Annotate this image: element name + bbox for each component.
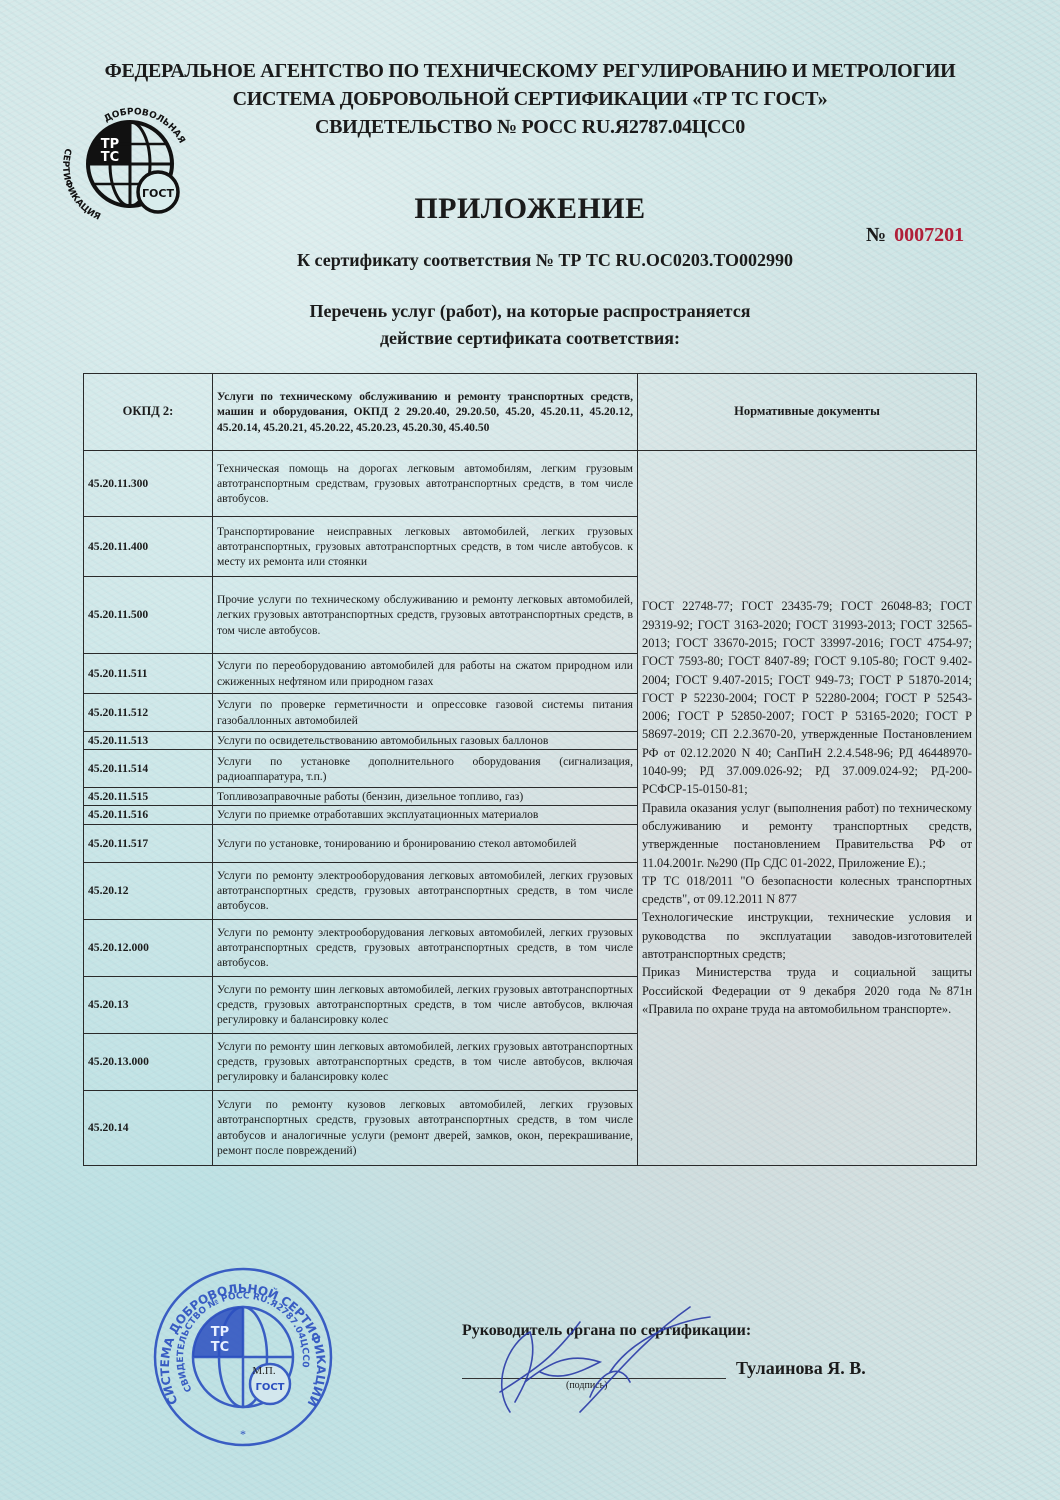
okpd-description-header: Услуги по техническому обслуживанию и ре… (213, 374, 638, 451)
okpd-code: 45.20.11.511 (84, 654, 213, 694)
okpd-code: 45.20.12 (84, 862, 213, 919)
service-description: Услуги по установке, тонированию и брони… (213, 824, 638, 862)
service-description: Услуги по установке дополнительного обор… (213, 750, 638, 788)
okpd-code: 45.20.13.000 (84, 1033, 213, 1090)
service-description: Услуги по ремонту электрооборудования ле… (213, 919, 638, 976)
okpd-code: 45.20.11.400 (84, 517, 213, 577)
certification-stamp-icon: ТР ТС ГОСТ М.П. СИСТЕМА ДОБРОВОЛЬНОЙ СЕР… (148, 1262, 338, 1452)
service-description: Услуги по ремонту шин легковых автомобил… (213, 976, 638, 1033)
okpd-code: 45.20.14 (84, 1090, 213, 1165)
signatory-name: Тулаинова Я. В. (736, 1358, 866, 1379)
okpd-code: 45.20.11.515 (84, 788, 213, 806)
table-row: 45.20.11.300Техническая помощь на дорога… (84, 451, 977, 517)
services-table: ОКПД 2: Услуги по техническому обслужива… (83, 373, 977, 1166)
service-description: Услуги по проверке герметичности и опрес… (213, 694, 638, 732)
service-description: Топливозаправочные работы (бензин, дизел… (213, 788, 638, 806)
list-title: Перечень услуг (работ), на которые распр… (0, 298, 1060, 352)
svg-text:ГОСТ: ГОСТ (255, 1382, 284, 1393)
serial-number: №0007201 (866, 224, 964, 247)
service-description: Услуги по ремонту электрооборудования ле… (213, 862, 638, 919)
svg-text:*: * (240, 1427, 246, 1441)
norm-paragraph: ГОСТ 22748-77; ГОСТ 23435-79; ГОСТ 26048… (642, 597, 972, 798)
service-description: Транспортирование неисправных легковых а… (213, 517, 638, 577)
norm-paragraph: Приказ Министерства труда и социальной з… (642, 963, 972, 1018)
norm-paragraph: Технологические инструкции, технические … (642, 908, 972, 963)
okpd-code: 45.20.13 (84, 976, 213, 1033)
service-description: Услуги по приемке отработавших эксплуата… (213, 806, 638, 824)
norm-paragraph: ТР ТС 018/2011 "О безопасности колесных … (642, 872, 972, 909)
serial-prefix: № (866, 224, 886, 246)
service-description: Услуги по ремонту кузовов легковых автом… (213, 1090, 638, 1165)
service-description: Техническая помощь на дорогах легковым а… (213, 451, 638, 517)
okpd-code: 45.20.11.513 (84, 732, 213, 750)
document-title: ПРИЛОЖЕНИЕ (0, 192, 1060, 226)
service-description: Услуги по переоборудованию автомобилей д… (213, 654, 638, 694)
svg-text:ТС: ТС (211, 1340, 229, 1355)
svg-text:ТС: ТС (101, 150, 119, 165)
agency-title: ФЕДЕРАЛЬНОЕ АГЕНТСТВО ПО ТЕХНИЧЕСКОМУ РЕ… (0, 60, 1060, 83)
okpd-header: ОКПД 2: (84, 374, 213, 451)
normative-documents: ГОСТ 22748-77; ГОСТ 23435-79; ГОСТ 26048… (638, 451, 977, 1166)
svg-text:ТР: ТР (211, 1325, 229, 1340)
okpd-code: 45.20.11.500 (84, 577, 213, 654)
handwritten-signature-icon (470, 1302, 730, 1422)
okpd-code: 45.20.12.000 (84, 919, 213, 976)
service-description: Услуги по освидетельствованию автомобиль… (213, 732, 638, 750)
service-description: Услуги по ремонту шин легковых автомобил… (213, 1033, 638, 1090)
okpd-code: 45.20.11.300 (84, 451, 213, 517)
serial-value: 0007201 (894, 224, 964, 246)
list-title-line-2: действие сертификата соответствия: (0, 325, 1060, 352)
table-header-row: ОКПД 2: Услуги по техническому обслужива… (84, 374, 977, 451)
norms-header: Нормативные документы (638, 374, 977, 451)
okpd-code: 45.20.11.516 (84, 806, 213, 824)
okpd-code: 45.20.11.514 (84, 750, 213, 788)
norm-paragraph: Правила оказания услуг (выполнения работ… (642, 799, 972, 872)
svg-text:М.П.: М.П. (252, 1365, 275, 1377)
certificate-reference: К сертификату соответствия № ТР ТС RU.OC… (0, 250, 1060, 271)
list-title-line-1: Перечень услуг (работ), на которые распр… (0, 298, 1060, 325)
service-description: Прочие услуги по техническому обслуживан… (213, 577, 638, 654)
okpd-code: 45.20.11.512 (84, 694, 213, 732)
okpd-code: 45.20.11.517 (84, 824, 213, 862)
